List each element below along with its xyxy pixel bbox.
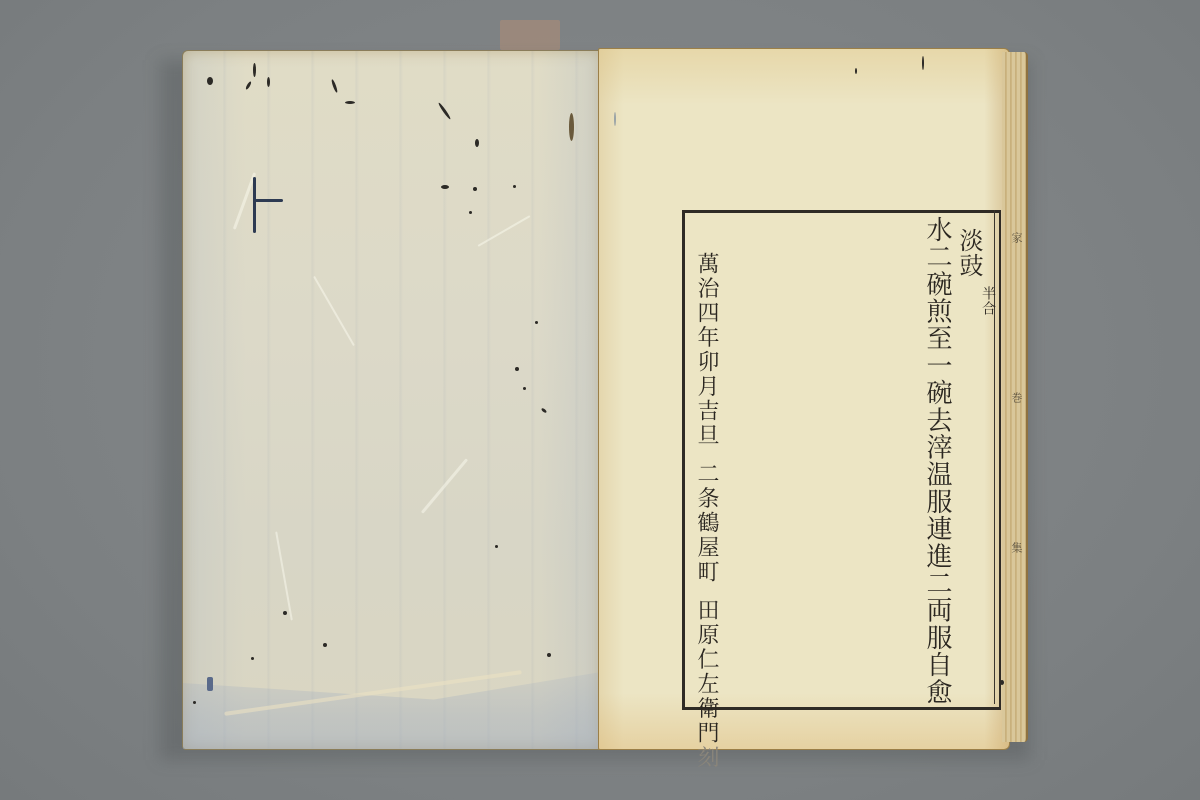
wormhole [523, 387, 526, 390]
wormhole [513, 185, 516, 188]
wormhole [515, 367, 519, 371]
wormhole [193, 701, 196, 704]
ink-mark [255, 199, 283, 202]
recipe-ingredient: 淡豉 [952, 228, 987, 278]
fore-edge-char: 家 [1008, 232, 1024, 243]
wormhole [345, 101, 355, 104]
wormhole [283, 611, 287, 615]
wormhole [541, 407, 548, 413]
wormhole [547, 653, 551, 657]
wormhole [535, 321, 538, 324]
label-stain [500, 20, 560, 50]
wormhole [569, 113, 574, 141]
colophon: 萬治四年卯月吉旦二条鶴屋町田原仁左衛門刻 [682, 252, 722, 770]
recipe-instruction: 水二碗煎至一碗去滓温服連進二両服自愈 [924, 216, 950, 706]
page-fore-edge: 家 巻 集 [1002, 52, 1028, 742]
fore-edge-char: 巻 [1008, 392, 1024, 403]
ink-mark [207, 677, 213, 691]
wormhole [253, 63, 256, 77]
wormhole [473, 187, 477, 191]
wormhole [495, 545, 498, 548]
wormhole [441, 185, 449, 189]
paper-fiber [421, 458, 468, 514]
recipe-quantity-note: 半合 [978, 286, 998, 316]
left-endpaper [182, 50, 602, 750]
wormhole [469, 211, 472, 214]
ink-mark [253, 177, 256, 233]
paper-fiber [478, 215, 531, 247]
wormhole [207, 77, 213, 85]
wormhole [245, 81, 252, 90]
paper-fiber [313, 276, 355, 346]
colophon-carved: 刻 [694, 746, 719, 771]
paper-scratch [614, 112, 616, 126]
wormhole [855, 68, 857, 74]
wormhole [267, 77, 270, 87]
colophon-date: 萬治四年卯月吉旦 [694, 252, 719, 448]
wormhole [331, 79, 339, 93]
blue-stain [183, 639, 601, 749]
printed-border-frame [682, 210, 1001, 710]
wormhole [922, 56, 924, 70]
wormhole [251, 657, 254, 660]
wormhole [323, 643, 327, 647]
wormhole [438, 102, 452, 120]
colophon-publisher: 田原仁左衛門 [694, 599, 719, 746]
colophon-address: 二条鶴屋町 [694, 462, 719, 585]
wormhole [475, 139, 479, 147]
paper-fiber [275, 532, 293, 621]
fore-edge-char: 集 [1008, 542, 1024, 553]
frame-rule [994, 210, 995, 704]
